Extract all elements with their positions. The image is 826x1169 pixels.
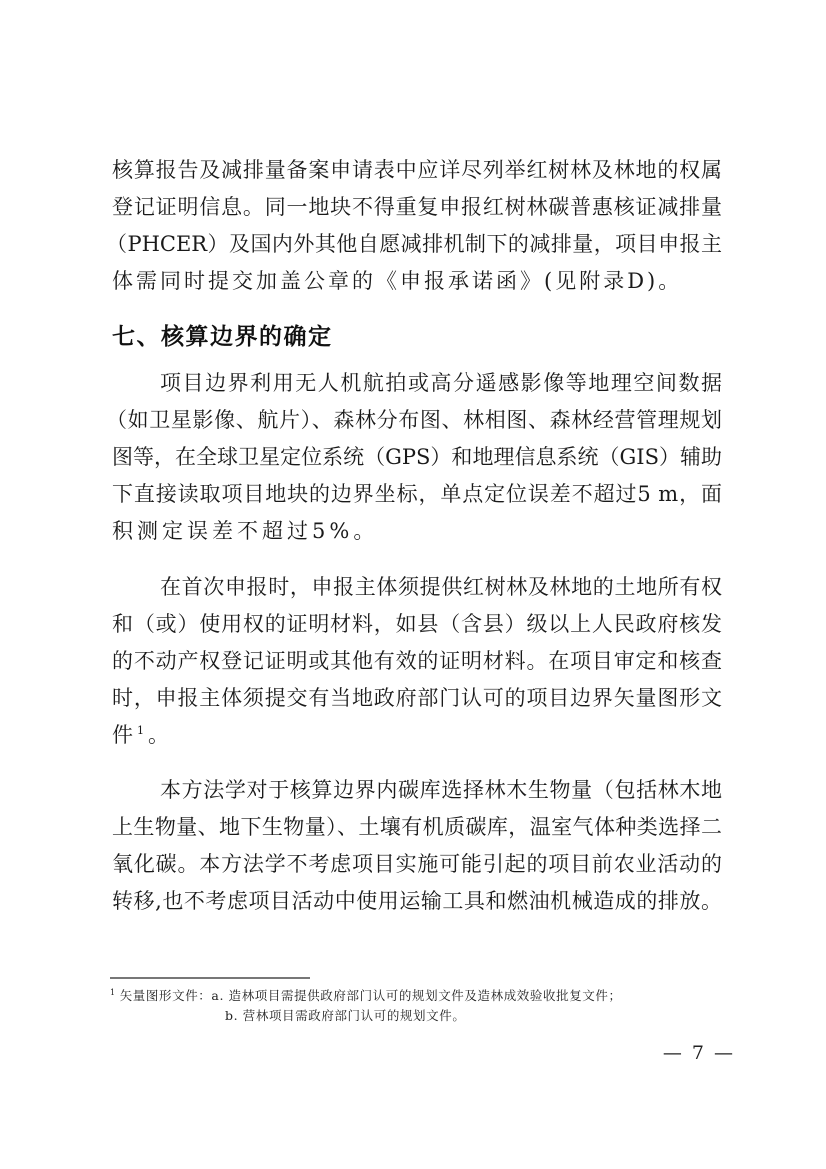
footnote-text: b. 营林项目需政府部门认可的规划文件。 [225,1008,465,1023]
text-line: 转移,也不考虑项目活动中使用运输工具和燃油机械造成的排放。 [112,886,722,916]
text-line: 的不动产权登记证明或其他有效的证明材料。在项目审定和核查 [112,646,722,676]
footnote-line: b. 营林项目需政府部门认可的规划文件。 [225,1007,465,1025]
footnote-reference[interactable]: 1 [137,724,148,737]
text-line: 积测定误差不超过5%。 [112,516,722,546]
text-line: 件1。 [112,720,722,750]
page-number: — 7 — [655,1041,735,1065]
text-fragment: 。 [148,723,173,747]
footnote-separator [110,977,310,979]
text-line: 登记证明信息。同一地块不得重复申报红树林碳普惠核证减排量 [112,192,722,222]
text-line: 在首次申报时，申报主体须提供红树林及林地的土地所有权 [160,572,722,602]
text-line: 本方法学对于核算边界内碳库选择林木生物量（包括林木地 [160,775,722,805]
text-line: 上生物量、地下生物量）、土壤有机质碳库，温室气体种类选择二 [112,812,722,842]
footnote-mark: 1 [110,988,116,997]
footnote-text: 矢量图形文件：a. 造林项目需提供政府部门认可的规划文件及造林成效验收批复文件； [120,988,622,1003]
text-line: 氧化碳。本方法学不考虑项目实施可能引起的项目前农业活动的 [112,849,722,879]
text-line: （PHCER）及国内外其他自愿减排机制下的减排量，项目申报主 [106,229,722,259]
footnote-line: 1矢量图形文件：a. 造林项目需提供政府部门认可的规划文件及造林成效验收批复文件… [110,987,622,1005]
text-line: 核算报告及减排量备案申请表中应详尽列举红树林及林地的权属 [112,155,722,185]
text-line: （如卫星影像、航片）、森林分布图、林相图、森林经营管理规划 [106,405,722,435]
text-line: 下直接读取项目地块的边界坐标，单点定位误差不超过5 m，面 [112,479,722,509]
document-page: 核算报告及减排量备案申请表中应详尽列举红树林及林地的权属 登记证明信息。同一地块… [0,0,826,1169]
text-fragment: 件 [112,723,137,747]
text-line: 和（或）使用权的证明材料，如县（含县）级以上人民政府核发 [112,609,722,639]
text-line: 图等，在全球卫星定位系统（GPS）和地理信息系统（GIS）辅助 [112,442,722,472]
section-heading: 七、核算边界的确定 [112,322,333,352]
text-line: 项目边界利用无人机航拍或高分遥感影像等地理空间数据 [160,368,722,398]
text-line: 时，申报主体须提交有当地政府部门认可的项目边界矢量图形文 [112,683,722,713]
text-line: 体需同时提交加盖公章的《申报承诺函》(见附录D)。 [112,266,722,296]
